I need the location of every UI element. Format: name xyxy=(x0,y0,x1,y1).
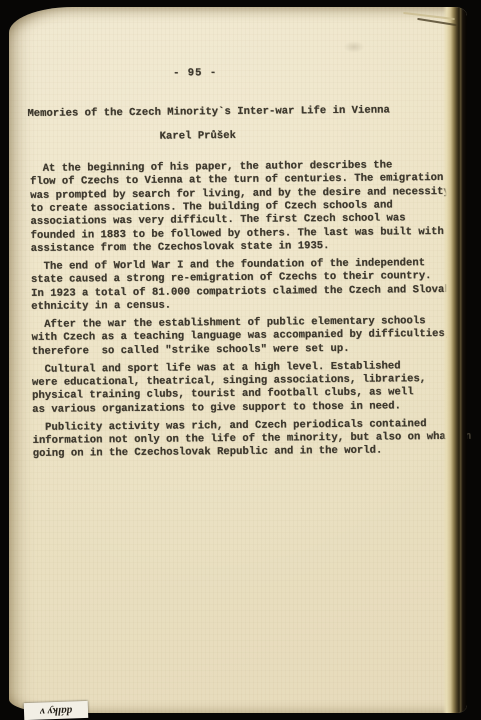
author-name: Karel Průšek xyxy=(160,127,474,143)
page-edges xyxy=(443,7,467,713)
page-number: - 95 - xyxy=(173,65,473,81)
paragraph: The end of World War I and the foundatio… xyxy=(31,257,475,315)
book-photo: - 95 - Memories of the Czech Minority`s … xyxy=(0,0,481,720)
overleaf-fragment-text: dálky v xyxy=(40,704,72,716)
abstract-text: At the beginning of his paper, the autho… xyxy=(30,159,477,462)
paragraph: Cultural and sport life was at a high le… xyxy=(32,359,476,417)
page-content: - 95 - Memories of the Czech Minority`s … xyxy=(21,65,477,462)
paragraph: At the beginning of his paper, the autho… xyxy=(30,159,475,257)
paragraph: Publicity activity was rich, and Czech p… xyxy=(32,417,476,461)
page-title: Memories of the Czech Minority`s Inter-w… xyxy=(27,104,473,122)
book-page: - 95 - Memories of the Czech Minority`s … xyxy=(9,7,467,713)
overleaf-fragment: dálky v xyxy=(24,701,89,720)
paragraph: After the war the establishment of publi… xyxy=(31,315,475,359)
